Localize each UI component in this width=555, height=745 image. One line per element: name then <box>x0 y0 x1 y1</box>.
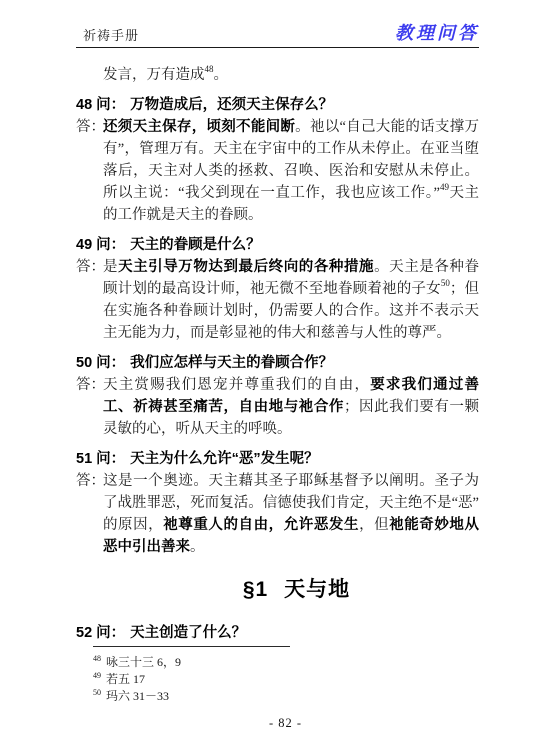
footnote-50: 50玛六 31－33 <box>93 688 290 705</box>
question-51-number: 51 问： <box>76 451 125 467</box>
answer-48-footnote-ref: 49 <box>440 182 449 192</box>
footnote-49: 49若五 17 <box>93 671 290 688</box>
answer-51-run-2: ，但 <box>359 517 389 533</box>
answer-50-run-0: 天主赏赐我们恩宠并尊重我们的自由， <box>103 377 370 393</box>
intro-footnote-ref: 48 <box>205 64 214 74</box>
footnote-50-text: 玛六 31－33 <box>106 689 169 703</box>
footnote-48-marker: 48 <box>93 654 101 663</box>
answer-48-label: 答： <box>76 116 105 138</box>
footnote-49-marker: 49 <box>93 671 101 680</box>
question-49-number: 49 问： <box>76 237 125 253</box>
answer-48-run-0: 还须天主保存，顷刻不能间断 <box>103 119 295 135</box>
footnote-48: 48咏三十三 6，9 <box>93 654 290 671</box>
footnote-49-text: 若五 17 <box>106 672 145 686</box>
answer-51-run-4: 。 <box>190 539 205 555</box>
header-right-title: 教理问答 <box>395 19 479 45</box>
answer-48: 答：还须天主保存，顷刻不能间断。祂以“自己大能的话支撑万有”，管理万有。天主在宇… <box>76 116 479 226</box>
section-number: §1 <box>243 578 268 601</box>
question-51: 51 问：天主为什么允许“恶”发生呢？ <box>76 448 479 470</box>
document-page: 祈祷手册 教理问答 发言，万有造成48。 48 问：万物造成后，还须天主保存么？… <box>0 0 555 745</box>
answer-49-label: 答： <box>76 256 105 278</box>
section-title: 天与地 <box>284 578 350 601</box>
footnote-divider <box>93 646 290 647</box>
answer-51-label: 答： <box>76 470 105 492</box>
footnote-area: 48咏三十三 6，949若五 1750玛六 31－33 <box>93 646 290 705</box>
question-48-text: 万物造成后，还须天主保存么？ <box>130 97 333 113</box>
answer-51: 答：这是一个奥迹。天主藉其圣子耶稣基督予以阐明。圣子为了战胜罪恶，死而复活。信德… <box>76 470 479 558</box>
answer-51-run-1: 祂尊重人的自由，允许恶发生 <box>163 517 359 533</box>
question-50-text: 我们应怎样与天主的眷顾合作？ <box>130 355 333 371</box>
page-header: 祈祷手册 教理问答 <box>76 0 479 48</box>
answer-50: 答：天主赏赐我们恩宠并尊重我们的自由，要求我们通过善工、祈祷甚至痛苦，自由地与祂… <box>76 374 479 440</box>
page-number: - 82 - <box>8 716 555 731</box>
answer-49: 答：是天主引导万物达到最后终向的各种措施。天主是各种眷顾计划的最高设计师，祂无微… <box>76 256 479 344</box>
footnote-48-text: 咏三十三 6，9 <box>106 655 181 669</box>
footnote-50-marker: 50 <box>93 688 101 697</box>
question-49: 49 问：天主的眷顾是什么？ <box>76 234 479 256</box>
header-left-title: 祈祷手册 <box>83 25 139 44</box>
answer-49-run-0: 是 <box>103 259 118 275</box>
question-52-text: 天主创造了什么？ <box>130 625 246 641</box>
question-48-number: 48 问： <box>76 97 125 113</box>
answer-49-footnote-ref: 50 <box>441 278 450 288</box>
intro-run-2: 。 <box>214 67 229 83</box>
footnotes-list: 48咏三十三 6，949若五 1750玛六 31－33 <box>93 654 290 705</box>
question-52-number: 52 问： <box>76 625 125 641</box>
question-51-text: 天主为什么允许“恶”发生呢？ <box>130 451 319 467</box>
question-52: 52 问：天主创造了什么？ <box>76 622 479 644</box>
page-body: 发言，万有造成48。 48 问：万物造成后，还须天主保存么？答：还须天主保存，顷… <box>76 48 479 644</box>
intro-run-0: 发言，万有造成 <box>103 67 205 83</box>
answer-49-run-1: 天主引导万物达到最后终向的各种措施 <box>118 259 374 275</box>
qa-list: 48 问：万物造成后，还须天主保存么？答：还须天主保存，顷刻不能间断。祂以“自己… <box>76 94 479 558</box>
question-50: 50 问：我们应怎样与天主的眷顾合作？ <box>76 352 479 374</box>
intro-paragraph: 发言，万有造成48。 <box>76 64 479 86</box>
question-50-number: 50 问： <box>76 355 125 371</box>
answer-50-label: 答： <box>76 374 105 396</box>
question-48: 48 问：万物造成后，还须天主保存么？ <box>76 94 479 116</box>
question-49-text: 天主的眷顾是什么？ <box>130 237 261 253</box>
section-heading: §1天与地 <box>95 579 498 601</box>
